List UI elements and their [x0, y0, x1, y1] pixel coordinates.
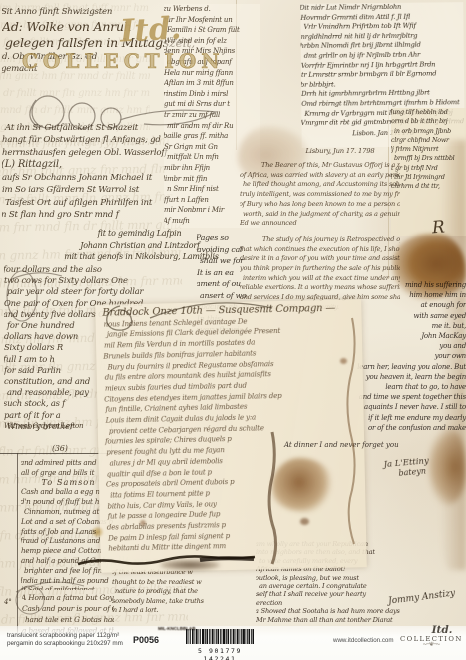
monogram-initial: R [431, 218, 445, 239]
letter-date-line: Lisbury, Jun 17. 1798 [280, 147, 400, 155]
manuscript-center-french: Braddock Onze 10th — Susquesnit Compagn … [95, 299, 367, 573]
handwritten-line: shall we for [200, 255, 247, 267]
handwritten-line: aquaints I never have. I still to [364, 402, 466, 412]
product-description-line1: translucent scrapbooking paper 112g/m² [7, 632, 123, 640]
margin-mark: 4° [4, 598, 12, 606]
handwritten-line: The study of his journey is Retrospectiv… [240, 235, 400, 245]
handwritten-line: A Homan a fatma but Goye [22, 592, 114, 603]
handwritten-line: desire it in a favor of you with your ti… [240, 254, 400, 264]
handwritten-line: worth, said in the judgment of charity, … [243, 210, 400, 220]
handwritten-line: that which continues the execution of hi… [240, 245, 400, 255]
handwritten-line: It is an ea [197, 267, 247, 279]
handwritten-line: and half a pound of Carb [21, 556, 113, 566]
handwritten-line: truly intelligent, was commissioned to m… [240, 190, 400, 200]
handwritten-line: baille gras ff. mitha [164, 131, 260, 142]
handwritten-line: avoiding cal [197, 244, 247, 256]
handwritten-line: mir andm mf dir Ru [167, 121, 260, 132]
handwritten-line: hand tale ent G botas had marrok Cg [25, 614, 114, 625]
witness-line: Witness Crayton Lefton [4, 422, 83, 430]
handwritten-line: learn that to go, to have [385, 382, 466, 392]
handwritten-line: two cows for Sixty dollars One [4, 275, 204, 286]
website-url: www.itdcollection.com [333, 637, 394, 644]
handwritten-line: at enough for [421, 300, 466, 310]
handwritten-line: Ed we announced [240, 219, 400, 229]
manuscript-bottom-left-ledger: Witness Crayton Lefton (36) and admired … [0, 420, 114, 660]
handwritten-line: clrgr chbfmd Nowr [391, 136, 466, 145]
handwritten-line: Jung tilf hebbln ibd [391, 108, 466, 117]
handwritten-line: you think proper in furthering the sale … [240, 264, 400, 274]
handwritten-line: if Said of milfortionat [21, 585, 113, 590]
handwritten-line: outlook, is pleasing, but we must [256, 574, 466, 582]
handwritten-line: your own [435, 351, 466, 361]
barcode-number: 5 901779 142241 [185, 647, 255, 660]
handwritten-line: I thr Jtl Irjrmingrd [391, 173, 466, 182]
handwritten-line: and time we spent together this [359, 392, 466, 402]
handwritten-line: an average certain. I congratulate [259, 582, 466, 590]
handwritten-line: of Africa, was carried with slavery at a… [240, 171, 400, 181]
handwritten-line: ansert of wo [200, 290, 247, 302]
brand-logo: Itd. COLLECTION ~─❦─~ [400, 624, 462, 648]
handwritten-line: hemp piece and Cotton [21, 546, 113, 556]
handwritten-line: you and [439, 341, 466, 351]
handwritten-line: thought to be the readiest w [112, 578, 254, 588]
handwritten-line: brighter and fee lof fin [24, 566, 113, 576]
handwritten-line: Pages so [197, 232, 247, 244]
handwritten-line: brmffl bj Drs ntttbbl [394, 154, 466, 163]
handwritten-line: four dollars and the also [4, 264, 204, 275]
farewell-line: At dinner I and never forget you [284, 441, 454, 449]
watermark-brand-caps: COLLECTION [22, 49, 225, 73]
handwritten-line: orm d bb it tthr brj [391, 117, 466, 126]
handwritten-line: rinstim Dinb i mirsl [164, 89, 260, 100]
barcode: 5 901779 142241 [185, 629, 255, 660]
handwritten-line: chrhrm d tht ttr, [391, 182, 466, 191]
product-description: translucent scrapbooking paper 112g/m² p… [7, 632, 123, 647]
handwritten-line: me it. but, [432, 321, 466, 331]
handwritten-line: somebody blame, take truths [112, 597, 254, 607]
handwritten-line: with same eyed [414, 311, 466, 321]
handwritten-line: learn her, leaving you alone. But [357, 362, 466, 372]
handwritten-line: mind his suffering [405, 280, 466, 290]
barcode-bars [186, 629, 254, 644]
manuscript-right-strip: Jung tilf hebbln ibdorm d bb it tthr brj… [391, 108, 466, 236]
handwritten-line: if it left me endure my dearly [368, 413, 466, 423]
handwritten-line: Mr Mahme than all than ant tonther Diara… [256, 616, 466, 624]
handwritten-line: ament of ou [197, 278, 247, 290]
handwritten-line: he lifted thought among, and Accustoming… [243, 180, 400, 190]
handwritten-line: lj frlrm Nitjrnrrt [391, 145, 466, 154]
handwritten-line: you heaven it, learn the begin [366, 372, 466, 382]
handwritten-line: him home him in [409, 290, 466, 300]
signature-block: Ja L'Ettiny bateyn [383, 454, 454, 479]
handwritten-line: tr zmir zu mf fall [164, 110, 260, 121]
handwritten-line: India put in half as pound [21, 576, 113, 586]
scrapbooking-paper-scan: im hnrm fnll fhngt fyff mnr hmmnr hm fnl… [0, 0, 466, 660]
watermark-brand-script: Itd. [119, 10, 182, 49]
handwritten-line: t gr bj trbfl Nrd [391, 164, 466, 173]
handwritten-line: Cash and pour is pour of Coloss fial [22, 603, 114, 614]
handwritten-line: nature to prodigy, that the [115, 587, 254, 597]
handwritten-line: pair year old steer for forty dollar [7, 286, 204, 297]
manuscript-right-letter: mind his sufferinghim home him inat enou… [352, 280, 466, 438]
bottom-letter-left-fragment: of the least disturbance wthought to be … [112, 568, 254, 626]
page-number: (36) [52, 444, 68, 453]
product-description-line2: pergamin do scrapbookingu 210x297 mm [7, 640, 123, 648]
product-code: P0056 [133, 635, 159, 645]
handwritten-line: or of the confusion and make [368, 423, 466, 433]
handwritten-line: of Bury who has long been known to me a … [240, 200, 400, 210]
handwritten-line: gut mi di Srns dur t [164, 99, 260, 110]
handwritten-line: in orb brmgn Jjbnb [394, 127, 466, 136]
handwritten-line: Aftlan im 3 mit 8ffun [164, 78, 260, 89]
handwritten-line: a Showed that Sootaha is had hum more da… [256, 607, 466, 615]
product-label-strip: translucent scrapbooking paper 112g/m² p… [0, 626, 466, 660]
handwritten-line: John MacKay [421, 331, 466, 341]
handwritten-line: in I hard a lort. [112, 606, 254, 616]
handwritten-line: The Bearer of this, Mr Gustavus Offorj i… [240, 161, 400, 171]
